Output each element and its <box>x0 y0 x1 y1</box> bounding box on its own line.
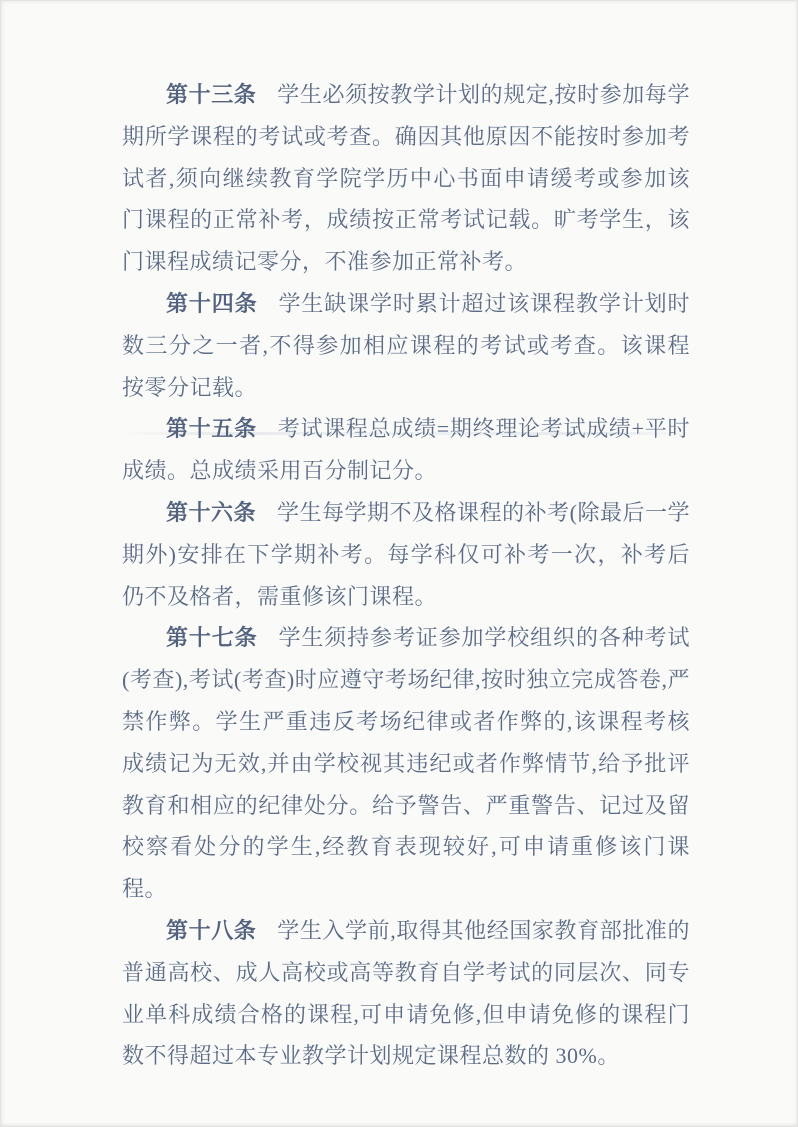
article-text: 学生须持参考证参加学校组织的各种考试(考查),考试(考查)时应遵守考场纪律,按时… <box>122 625 690 901</box>
article-paragraph-16: 第十六条学生每学期不及格课程的补考(除最后一学期外)安排在下学期补考。每学科仅可… <box>122 492 690 617</box>
article-paragraph-15: 第十五条考试课程总成绩=期终理论考试成绩+平时成绩。总成绩采用百分制记分。 <box>122 408 690 492</box>
article-number: 第十五条 <box>166 416 257 441</box>
article-paragraph-18: 第十八条学生入学前,取得其他经国家教育部批准的普通高校、成人高校或高等教育自学考… <box>122 910 690 1077</box>
document-body: 第十三条学生必须按教学计划的规定,按时参加每学期所学课程的考试或考查。确因其他原… <box>122 74 690 1077</box>
article-number: 第十八条 <box>166 918 256 943</box>
document-page: 第十三条学生必须按教学计划的规定,按时参加每学期所学课程的考试或考查。确因其他原… <box>0 0 798 1127</box>
article-paragraph-13: 第十三条学生必须按教学计划的规定,按时参加每学期所学课程的考试或考查。确因其他原… <box>122 74 690 283</box>
article-number: 第十七条 <box>166 625 258 650</box>
article-number: 第十六条 <box>166 500 256 525</box>
article-number: 第十四条 <box>166 291 258 316</box>
article-text: 学生必须按教学计划的规定,按时参加每学期所学课程的考试或考查。确因其他原因不能按… <box>122 82 690 274</box>
article-paragraph-17: 第十七条学生须持参考证参加学校组织的各种考试(考查),考试(考查)时应遵守考场纪… <box>122 617 690 910</box>
article-number: 第十三条 <box>166 82 256 107</box>
article-paragraph-14: 第十四条学生缺课学时累计超过该课程教学计划时数三分之一者,不得参加相应课程的考试… <box>122 283 690 408</box>
